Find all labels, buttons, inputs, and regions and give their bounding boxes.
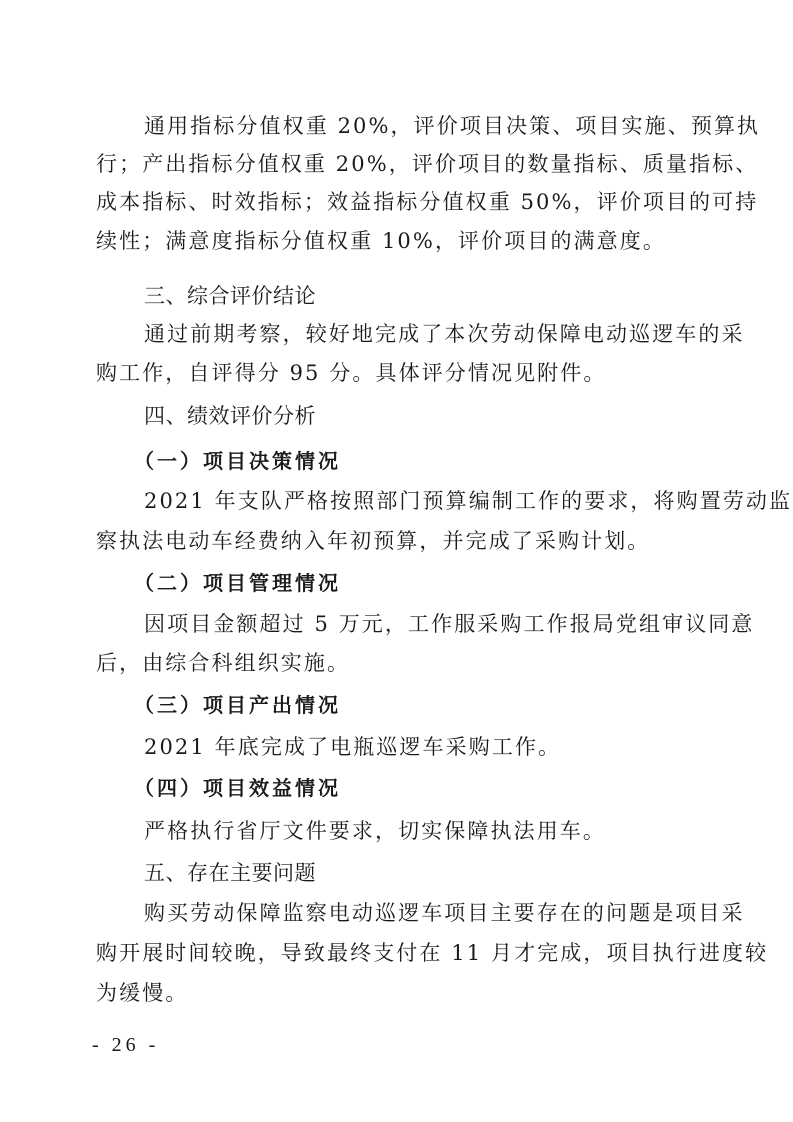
paragraph-output-line-1: 2021 年底完成了电瓶巡逻车采购工作。	[144, 734, 702, 760]
paragraph-management-line-1: 因项目金额超过 5 万元，工作服采购工作报局党组审议同意	[144, 611, 702, 637]
paragraph-decision-line-1: 2021 年支队严格按照部门预算编制工作的要求，将购置劳动监	[144, 488, 702, 514]
paragraph-weights-line-4: 续性；满意度指标分值权重 10%，评价项目的满意度。	[96, 228, 702, 254]
heading-section-3: 三、综合评价结论	[144, 283, 316, 309]
paragraph-conclusion-line-1: 通过前期考察，较好地完成了本次劳动保障电动巡逻车的采	[144, 321, 702, 347]
paragraph-weights-line-1: 通用指标分值权重 20%，评价项目决策、项目实施、预算执	[144, 113, 702, 139]
heading-section-5: 五、存在主要问题	[144, 860, 316, 886]
paragraph-problems-line-2: 购开展时间较晚，导致最终支付在 11 月才完成，项目执行进度较	[96, 940, 702, 966]
heading-section-4: 四、绩效评价分析	[144, 403, 316, 429]
subheading-output: （三）项目产出情况	[134, 692, 341, 718]
paragraph-weights-line-2: 行；产出指标分值权重 20%，评价项目的数量指标、质量指标、	[96, 151, 702, 177]
subheading-decision: （一）项目决策情况	[134, 448, 341, 474]
subheading-benefit: （四）项目效益情况	[134, 775, 341, 801]
paragraph-weights-line-3: 成本指标、时效指标；效益指标分值权重 50%，评价项目的可持	[96, 189, 702, 215]
document-page: 通用指标分值权重 20%，评价项目决策、项目实施、预算执 行；产出指标分值权重 …	[0, 0, 793, 1122]
page-number: - 26 -	[92, 1033, 159, 1057]
paragraph-conclusion-line-2: 购工作，自评得分 95 分。具体评分情况见附件。	[96, 360, 702, 386]
paragraph-management-line-2: 后，由综合科组织实施。	[96, 650, 702, 676]
subheading-management: （二）项目管理情况	[134, 570, 341, 596]
paragraph-problems-line-3: 为缓慢。	[96, 980, 702, 1006]
paragraph-benefit-line-1: 严格执行省厅文件要求，切实保障执法用车。	[144, 818, 702, 844]
paragraph-problems-line-1: 购买劳动保障监察电动巡逻车项目主要存在的问题是项目采	[144, 900, 702, 926]
paragraph-decision-line-2: 察执法电动车经费纳入年初预算，并完成了采购计划。	[96, 528, 702, 554]
